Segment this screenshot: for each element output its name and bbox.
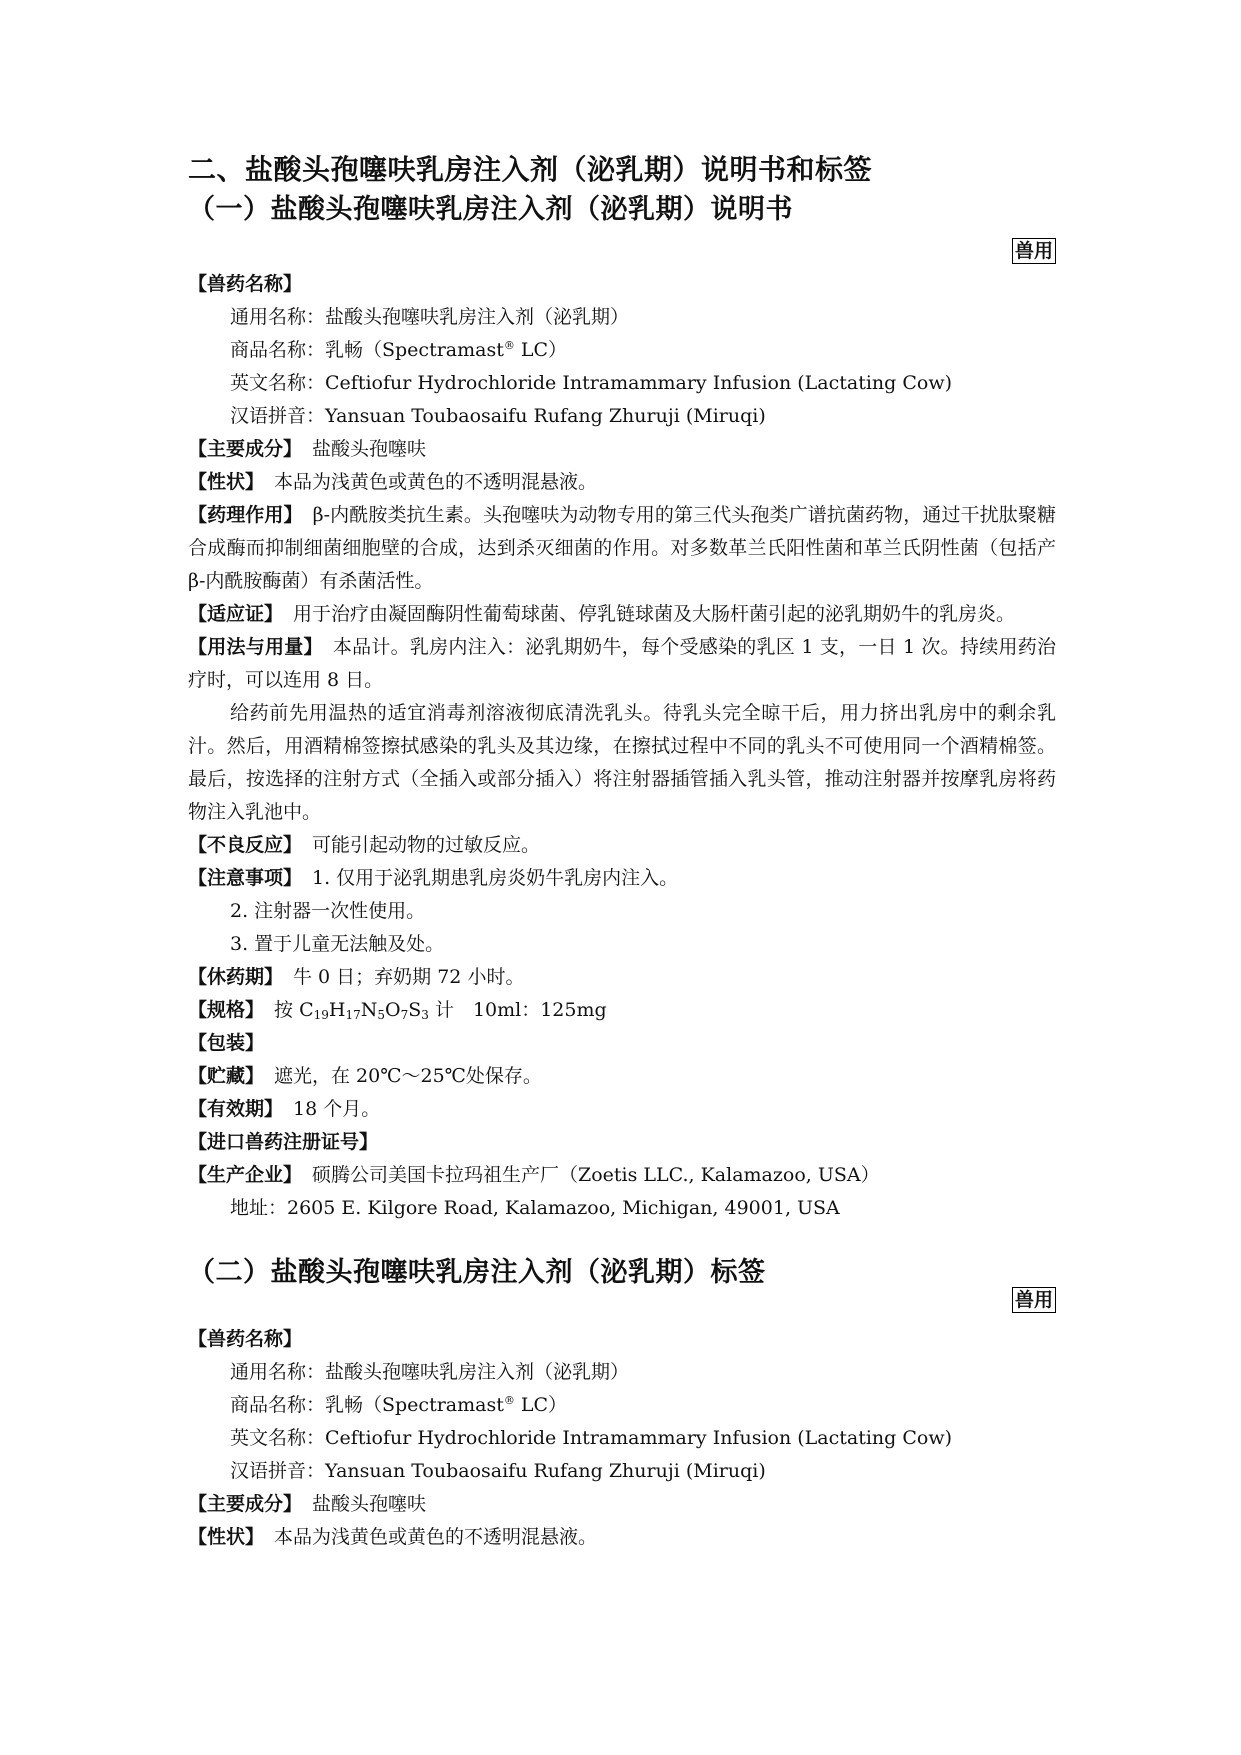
storage-value: 遮光，在 20℃～25℃处保存。	[274, 1065, 542, 1087]
registered-mark: ®	[504, 1394, 515, 1407]
indication-value: 用于治疗由凝固酶阴性葡萄球菌、停乳链球菌及大肠杆菌引起的泌乳期奶牛的乳房炎。	[293, 603, 1015, 625]
indication-key: 【适应证】	[188, 603, 283, 625]
trade-name: 商品名称：乳畅（Spectramast® LC）	[188, 334, 1056, 367]
formula-sub: 17	[345, 1008, 360, 1022]
storage-row: 【贮藏】遮光，在 20℃～25℃处保存。	[188, 1060, 1056, 1093]
drug-name-heading: 【兽药名称】	[188, 1323, 1056, 1356]
generic-name: 通用名称：盐酸头孢噻呋乳房注入剂（泌乳期）	[188, 301, 1056, 334]
spec-suffix: 计 10ml：125mg	[429, 999, 607, 1021]
precaution-item: 3. 置于儿童无法触及处。	[188, 928, 1056, 961]
section1-title: （一）盐酸头孢噻呋乳房注入剂（泌乳期）说明书	[188, 190, 1056, 230]
precaution-item: 2. 注射器一次性使用。	[188, 895, 1056, 928]
storage-key: 【贮藏】	[188, 1065, 264, 1087]
registered-mark: ®	[504, 339, 515, 352]
drug-name-key: 【兽药名称】	[188, 1328, 302, 1350]
manufacturer-key: 【生产企业】	[188, 1164, 302, 1186]
appearance-value: 本品为浅黄色或黄色的不透明混悬液。	[274, 1526, 597, 1548]
badge-row: 兽用	[188, 230, 1056, 268]
main-title: 二、盐酸头孢噻呋乳房注入剂（泌乳期）说明书和标签	[188, 150, 1056, 190]
pinyin-name: 汉语拼音：Yansuan Toubaosaifu Rufang Zhuruji …	[188, 400, 1056, 433]
spec-prefix: 按	[274, 999, 299, 1021]
manufacturer-value: 硕腾公司美国卡拉玛祖生产厂（Zoetis LLC., Kalamazoo, US…	[312, 1164, 880, 1186]
pharmacology-key: 【药理作用】	[188, 504, 303, 526]
trade-name-suffix: LC）	[515, 339, 567, 361]
ingredient-row: 【主要成分】盐酸头孢噻呋	[188, 433, 1056, 466]
withdrawal-row: 【休药期】牛 0 日；弃奶期 72 小时。	[188, 961, 1056, 994]
precautions-key: 【注意事项】	[188, 867, 302, 889]
formula-sub: 3	[421, 1008, 429, 1022]
ingredient-value: 盐酸头孢噻呋	[312, 438, 426, 460]
adverse-value: 可能引起动物的过敏反应。	[312, 834, 540, 856]
package-key: 【包装】	[188, 1032, 264, 1054]
section2-title: （二）盐酸头孢噻呋乳房注入剂（泌乳期）标签	[188, 1253, 1056, 1293]
veterinary-use-badge: 兽用	[1012, 238, 1056, 264]
appearance-key: 【性状】	[188, 1526, 264, 1548]
ingredient-value: 盐酸头孢噻呋	[312, 1493, 426, 1515]
shelf-life-key: 【有效期】	[188, 1098, 283, 1120]
appearance-row: 【性状】本品为浅黄色或黄色的不透明混悬液。	[188, 1521, 1056, 1554]
shelf-life-value: 18 个月。	[293, 1098, 380, 1120]
drug-name-heading: 【兽药名称】	[188, 268, 1056, 301]
package-row: 【包装】	[188, 1027, 1056, 1060]
adverse-key: 【不良反应】	[188, 834, 302, 856]
withdrawal-value: 牛 0 日；弃奶期 72 小时。	[293, 966, 524, 988]
english-name: 英文名称：Ceftiofur Hydrochloride Intramammar…	[188, 1422, 1056, 1455]
spec-key: 【规格】	[188, 999, 264, 1021]
formula-sub: 5	[377, 1008, 385, 1022]
withdrawal-key: 【休药期】	[188, 966, 283, 988]
spec-row: 【规格】按 C19H17N5O7S3 计 10ml：125mg	[188, 994, 1056, 1027]
ingredient-key: 【主要成分】	[188, 1493, 302, 1515]
trade-name: 商品名称：乳畅（Spectramast® LC）	[188, 1389, 1056, 1422]
appearance-key: 【性状】	[188, 471, 264, 493]
indication-row: 【适应证】用于治疗由凝固酶阴性葡萄球菌、停乳链球菌及大肠杆菌引起的泌乳期奶牛的乳…	[188, 598, 1056, 631]
precautions-row: 【注意事项】1. 仅用于泌乳期患乳房炎奶牛乳房内注入。	[188, 862, 1056, 895]
veterinary-use-badge: 兽用	[1012, 1287, 1056, 1313]
badge-row: 兽用	[188, 1293, 1056, 1323]
chemical-formula: C19H17N5O7S3	[299, 999, 429, 1021]
address: 地址：2605 E. Kilgore Road, Kalamazoo, Mich…	[188, 1192, 1056, 1225]
dosage-key: 【用法与用量】	[188, 636, 323, 658]
appearance-row: 【性状】本品为浅黄色或黄色的不透明混悬液。	[188, 466, 1056, 499]
dosage-row: 【用法与用量】本品计。乳房内注入：泌乳期奶牛，每个受感染的乳区 1 支，一日 1…	[188, 631, 1056, 697]
registration-row: 【进口兽药注册证号】	[188, 1126, 1056, 1159]
shelf-life-row: 【有效期】18 个月。	[188, 1093, 1056, 1126]
trade-name-text: 商品名称：乳畅（Spectramast	[230, 1394, 504, 1416]
precaution-item: 1. 仅用于泌乳期患乳房炎奶牛乳房内注入。	[312, 867, 678, 889]
dosage-paragraph: 给药前先用温热的适宜消毒剂溶液彻底清洗乳头。待乳头完全晾干后，用力挤出乳房中的剩…	[188, 697, 1056, 829]
pharmacology-row: 【药理作用】β-内酰胺类抗生素。头孢噻呋为动物专用的第三代头孢类广谱抗菌药物，通…	[188, 499, 1056, 598]
document-page: 二、盐酸头孢噻呋乳房注入剂（泌乳期）说明书和标签 （一）盐酸头孢噻呋乳房注入剂（…	[188, 150, 1056, 1554]
drug-name-key: 【兽药名称】	[188, 273, 302, 295]
pharmacology-value: β-内酰胺类抗生素。头孢噻呋为动物专用的第三代头孢类广谱抗菌药物，通过干扰肽聚糖…	[188, 504, 1056, 592]
trade-name-text: 商品名称：乳畅（Spectramast	[230, 339, 504, 361]
trade-name-suffix: LC）	[515, 1394, 567, 1416]
english-name: 英文名称：Ceftiofur Hydrochloride Intramammar…	[188, 367, 1056, 400]
manufacturer-row: 【生产企业】硕腾公司美国卡拉玛祖生产厂（Zoetis LLC., Kalamaz…	[188, 1159, 1056, 1192]
ingredient-row: 【主要成分】盐酸头孢噻呋	[188, 1488, 1056, 1521]
ingredient-key: 【主要成分】	[188, 438, 302, 460]
generic-name: 通用名称：盐酸头孢噻呋乳房注入剂（泌乳期）	[188, 1356, 1056, 1389]
registration-key: 【进口兽药注册证号】	[188, 1131, 378, 1153]
appearance-value: 本品为浅黄色或黄色的不透明混悬液。	[274, 471, 597, 493]
section-spacer	[188, 1225, 1056, 1253]
adverse-row: 【不良反应】可能引起动物的过敏反应。	[188, 829, 1056, 862]
formula-sub: 19	[314, 1008, 329, 1022]
formula-sub: 7	[401, 1008, 409, 1022]
pinyin-name: 汉语拼音：Yansuan Toubaosaifu Rufang Zhuruji …	[188, 1455, 1056, 1488]
